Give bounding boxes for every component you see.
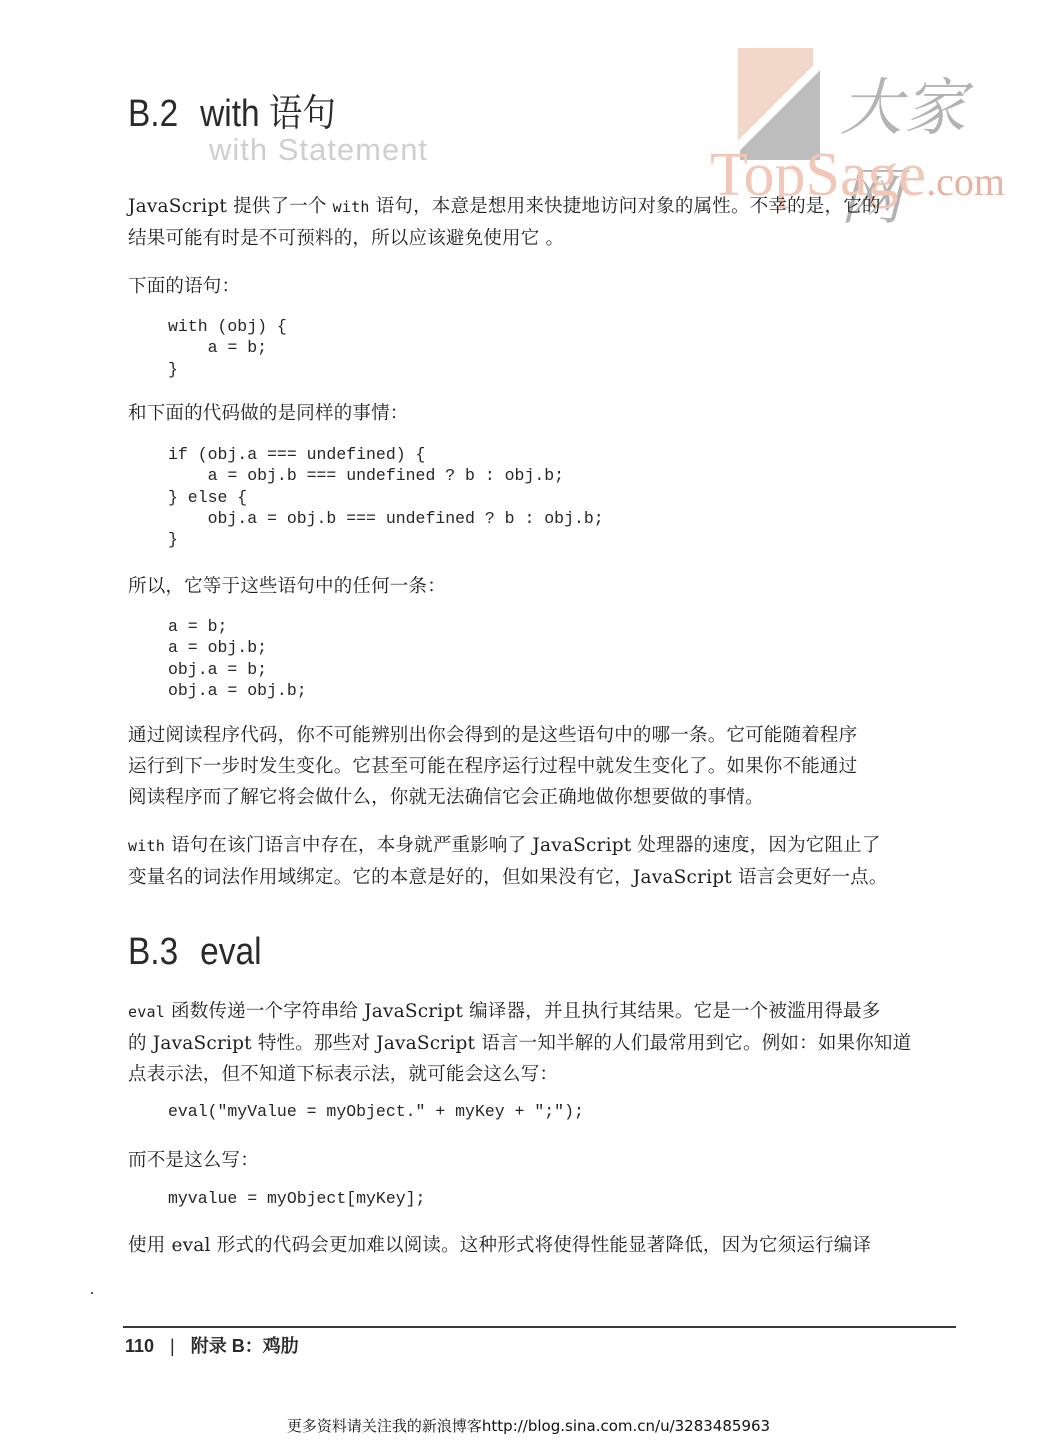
text-line: 的 JavaScript 特性。那些对 JavaScript 语言一知半解的人们… <box>128 1028 953 1059</box>
footer-rule <box>123 1326 956 1328</box>
section-title: with 语句 <box>200 93 336 135</box>
section-subtitle: with Statement <box>209 132 428 168</box>
paragraph-equivalent-code: 和下面的代码做的是同样的事情： <box>128 398 953 429</box>
text-line: with 语句在该门语言中存在，本身就严重影响了 JavaScript 处理器的… <box>128 830 953 862</box>
text-line: 阅读程序而了解它将会做什么，你就无法确信它会正确地做你想要做的事情。 <box>128 782 953 813</box>
paragraph-following-statement: 下面的语句： <box>128 271 953 302</box>
scan-speck <box>91 1292 93 1294</box>
code-block-with: with (obj) { a = b; } <box>168 316 287 380</box>
code-block-eval: eval("myValue = myObject." + myKey + ";"… <box>168 1101 584 1122</box>
page-number: 110 <box>125 1336 154 1356</box>
book-page: 大家网 TopSage.com B.2with 语句 with Statemen… <box>0 0 1057 1441</box>
page-footer: 110|附录 B：鸡肋 <box>125 1332 299 1358</box>
section-number: B.3 <box>128 931 200 974</box>
paragraph-eval-readability: 使用 eval 形式的代码会更加难以阅读。这种形式将使得性能显著降低，因为它须运… <box>128 1230 953 1261</box>
code-block-if-else: if (obj.a === undefined) { a = obj.b ===… <box>168 444 604 550</box>
paragraph-intro: JavaScript 提供了一个 with 语句，本意是想用来快捷地访问对象的属… <box>128 191 953 254</box>
paragraph-any-of: 所以，它等于这些语句中的任何一条： <box>128 571 953 602</box>
paragraph-unpredictable: 通过阅读程序代码，你不可能辨别出你会得到的是这些语句中的哪一条。它可能随着程序 … <box>128 720 953 813</box>
text-line: 变量名的词法作用域绑定。它的本意是好的，但如果没有它，JavaScript 语言… <box>128 862 953 893</box>
topsage-watermark: 大家网 TopSage.com <box>700 40 1020 200</box>
text-line: 运行到下一步时发生变化。它甚至可能在程序运行过程中就发生变化了。如果你不能通过 <box>128 751 953 782</box>
code-block-subscript: myvalue = myObject[myKey]; <box>168 1188 425 1209</box>
paragraph-eval-intro: eval 函数传递一个字符串给 JavaScript 编译器，并且执行其结果。它… <box>128 996 953 1090</box>
section-number: B.2 <box>128 93 200 136</box>
code-block-assignments: a = b; a = obj.b; obj.a = b; obj.a = obj… <box>168 616 307 701</box>
section-heading-b3: B.3eval <box>128 931 262 974</box>
text-line: 通过阅读程序代码，你不可能辨别出你会得到的是这些语句中的哪一条。它可能随着程序 <box>128 720 953 751</box>
text-line: JavaScript 提供了一个 with 语句，本意是想用来快捷地访问对象的属… <box>128 191 953 223</box>
section-title: eval <box>200 931 261 973</box>
section-heading-b2: B.2with 语句 <box>128 82 336 137</box>
blog-note: 更多资料请关注我的新浪博客http://blog.sina.com.cn/u/3… <box>0 1415 1057 1436</box>
paragraph-with-performance: with 语句在该门语言中存在，本身就严重影响了 JavaScript 处理器的… <box>128 830 953 893</box>
footer-separator: | <box>170 1336 175 1357</box>
text-line: 点表示法，但不知道下标表示法，就可能会这么写： <box>128 1059 953 1090</box>
chapter-title: 附录 B：鸡肋 <box>191 1336 299 1356</box>
text-line: eval 函数传递一个字符串给 JavaScript 编译器，并且执行其结果。它… <box>128 996 953 1028</box>
paragraph-instead: 而不是这么写： <box>128 1145 953 1176</box>
text-line: 结果可能有时是不可预料的，所以应该避免使用它 。 <box>128 223 953 254</box>
